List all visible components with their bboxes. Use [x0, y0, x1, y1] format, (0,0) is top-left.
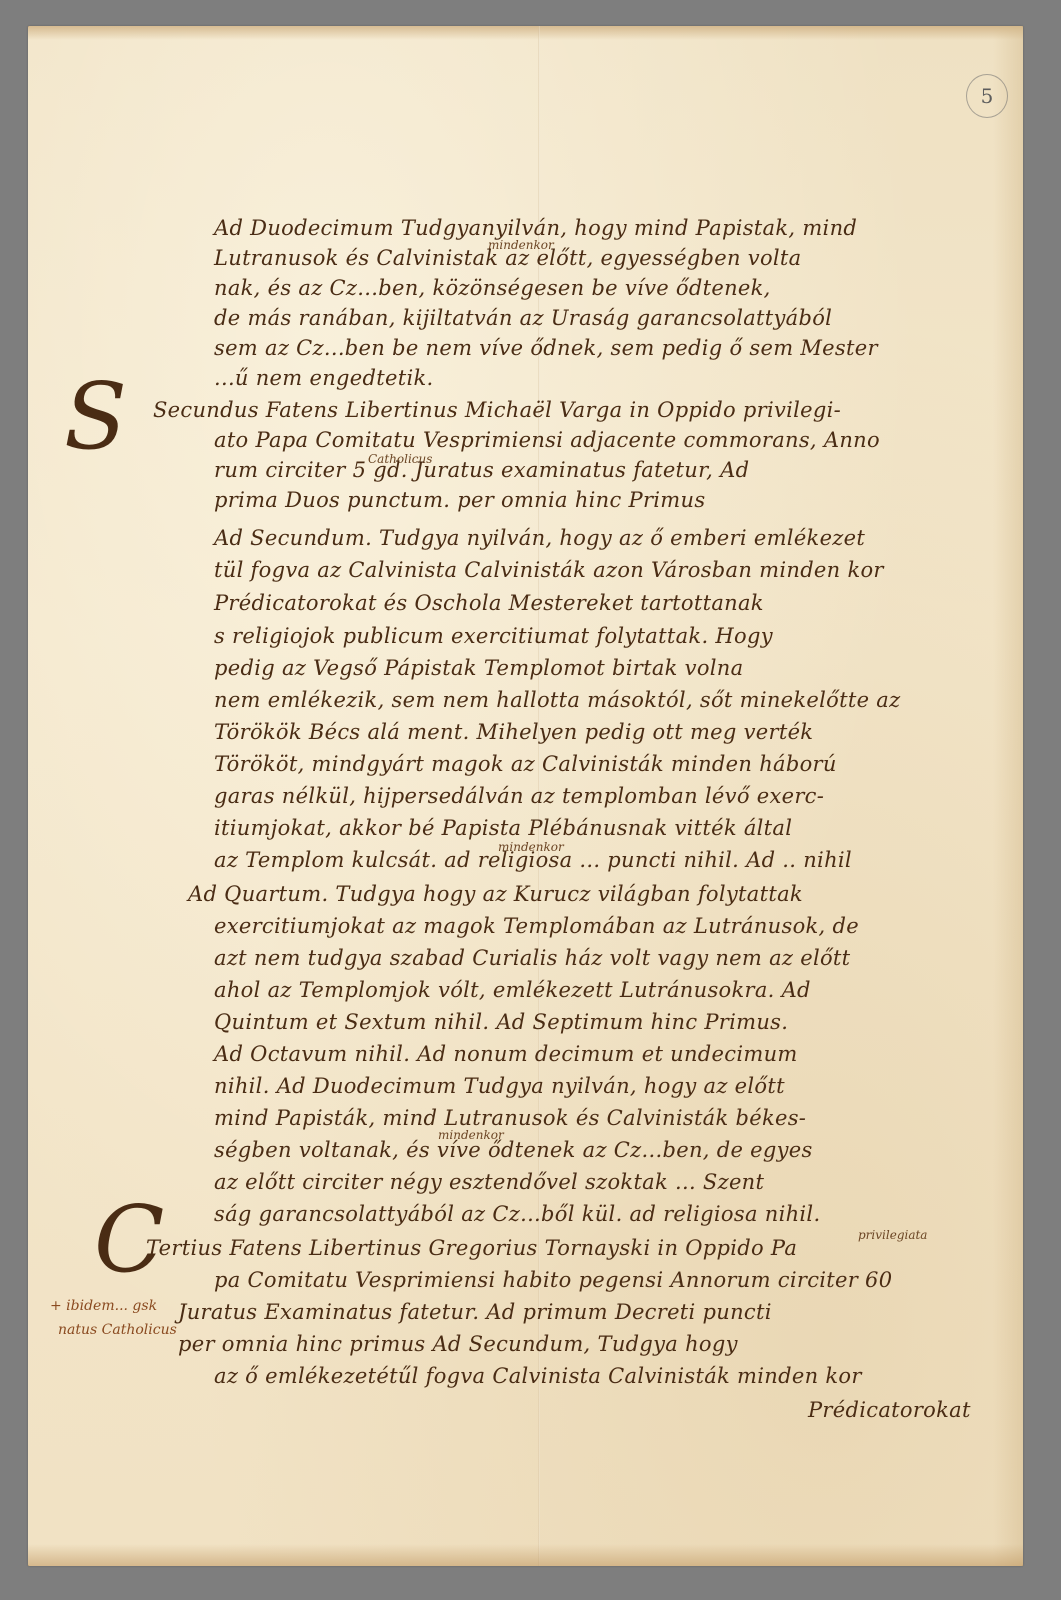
text-line: Törököt, mindgyárt magok az Calvinisták …: [214, 752, 837, 776]
margin-note: natus Catholicus: [58, 1322, 177, 1338]
text-line: azt nem tudgya szabad Curialis ház volt …: [214, 946, 850, 970]
text-line: az Templom kulcsát. ad religiosa ... pun…: [214, 848, 852, 872]
text-line: Lutranusok és Calvinistak az előtt, egye…: [214, 246, 802, 270]
text-line: pedig az Vegső Pápistak Templomot birtak…: [214, 656, 743, 680]
manuscript-text: Ad Duodecimum Tudgyanyilván, hogy mind P…: [28, 26, 1023, 1566]
text-line: az ő emlékezetétűl fogva Calvinista Calv…: [214, 1364, 862, 1388]
margin-note: + ibidem... gsk: [50, 1298, 157, 1314]
text-line: per omnia hinc primus Ad Secundum, Tudgy…: [178, 1332, 738, 1356]
text-line: Secundus Fatens Libertinus Michaël Varga…: [153, 398, 841, 422]
text-line: nem emlékezik, sem nem hallotta másoktól…: [214, 688, 900, 712]
text-line: mind Papisták, mind Lutranusok és Calvin…: [214, 1106, 806, 1130]
text-line: Prédicatorokat: [808, 1398, 971, 1422]
text-line: Ad Quartum. Tudgya hogy az Kurucz világb…: [188, 882, 803, 906]
text-line: Quintum et Sextum nihil. Ad Septimum hin…: [214, 1010, 788, 1034]
interlinear-note: privilegiata: [858, 1228, 927, 1242]
text-line: sem az Cz...ben be nem víve ődnek, sem p…: [214, 336, 878, 360]
text-line: ...ű nem engedtetik.: [214, 366, 433, 390]
text-line: Juratus Examinatus fatetur. Ad primum De…: [178, 1300, 772, 1324]
text-line: de más ranában, kijiltatván az Uraság ga…: [214, 306, 832, 330]
text-line: Prédicatorokat és Oschola Mestereket tar…: [214, 591, 764, 615]
text-line: nak, és az Cz...ben, közönségesen be vív…: [214, 276, 771, 300]
text-line: Ad Octavum nihil. Ad nonum decimum et un…: [214, 1042, 798, 1066]
text-line: garas nélkül, hijpersedálván az templomb…: [214, 784, 824, 808]
initial-letter: S: [64, 371, 127, 463]
text-line: ahol az Templomjok vólt, emlékezett Lutr…: [214, 978, 811, 1002]
text-line: tül fogva az Calvinista Calvinisták azon…: [214, 558, 884, 582]
text-line: prima Duos punctum. per omnia hinc Primu…: [214, 488, 705, 512]
text-line: exercitiumjokat az magok Templomában az …: [214, 914, 859, 938]
text-line: pa Comitatu Vesprimiensi habito pegensi …: [214, 1268, 892, 1292]
text-line: rum circiter 5 gd. Juratus examinatus fa…: [214, 458, 749, 482]
text-line: ato Papa Comitatu Vesprimiensi adjacente…: [214, 428, 880, 452]
manuscript-page: 5 Ad Duodecimum Tudgyanyilván, hogy mind…: [28, 26, 1023, 1566]
text-line: ság garancsolattyából az Cz...ből kül. a…: [214, 1202, 820, 1226]
text-line: Ad Duodecimum Tudgyanyilván, hogy mind P…: [214, 216, 857, 240]
text-line: itiumjokat, akkor bé Papista Plébánusnak…: [214, 816, 792, 840]
text-line: s religiojok publicum exercitiumat folyt…: [214, 624, 773, 648]
text-line: nihil. Ad Duodecimum Tudgya nyilván, hog…: [214, 1074, 785, 1098]
text-line: Tertius Fatens Libertinus Gregorius Torn…: [146, 1236, 797, 1260]
text-line: ségben voltanak, és víve ődtenek az Cz..…: [214, 1138, 813, 1162]
text-line: az előtt circiter négy esztendővel szokt…: [214, 1170, 764, 1194]
text-line: Ad Secundum. Tudgya nyilván, hogy az ő e…: [214, 526, 865, 550]
text-line: Törökök Bécs alá ment. Mihelyen pedig ot…: [214, 720, 813, 744]
